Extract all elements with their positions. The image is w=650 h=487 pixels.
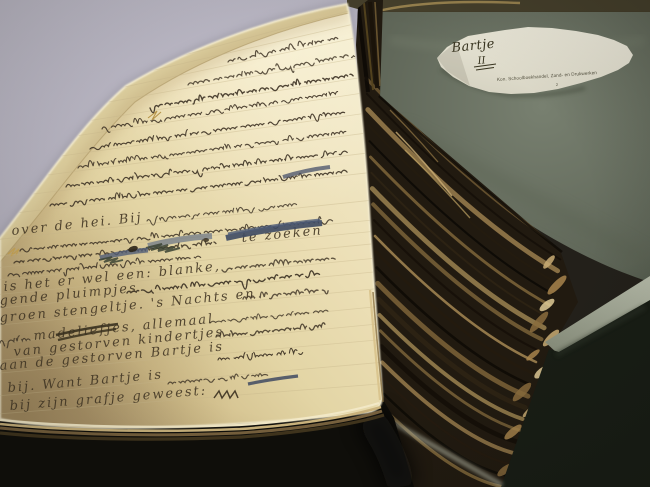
photograph-manuscript-scene: Bartje II Kon. Schoolboekhandel, Zand- e… [0, 0, 650, 487]
photo-vignette [0, 0, 650, 487]
photo-canvas: Bartje II Kon. Schoolboekhandel, Zand- e… [0, 0, 650, 487]
